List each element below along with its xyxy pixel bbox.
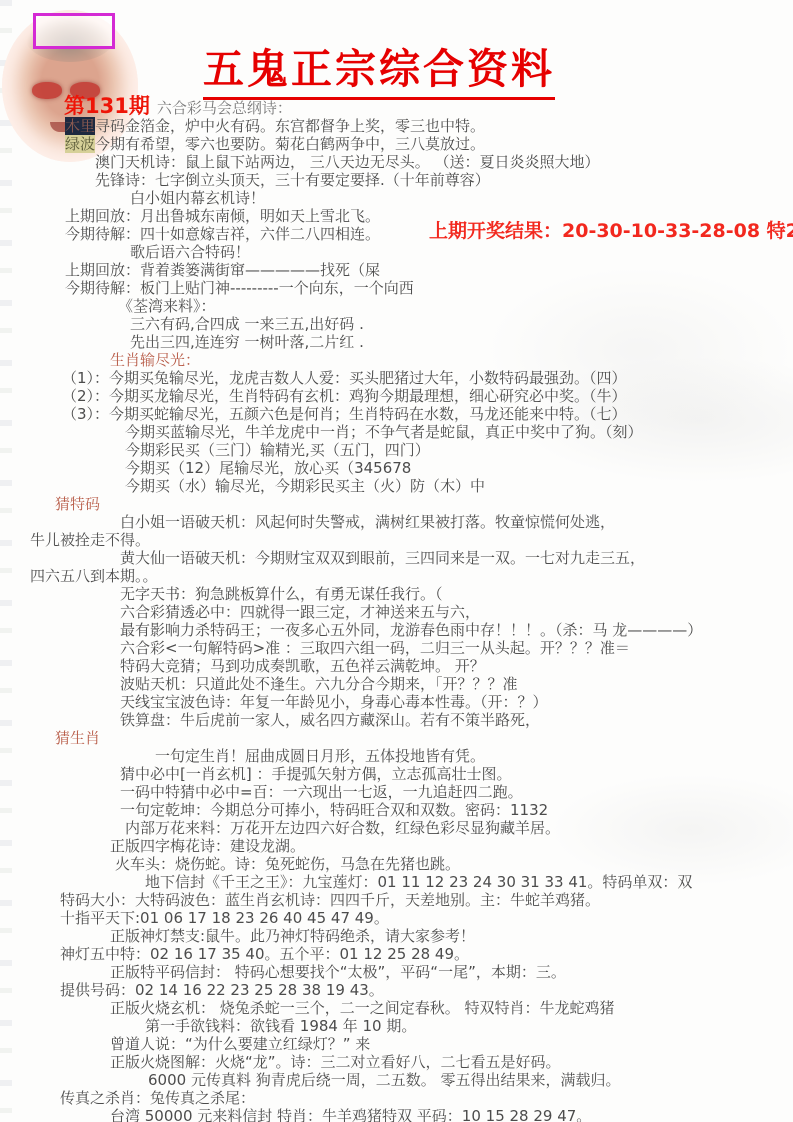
issue-number: 第131期	[64, 90, 150, 120]
text-segment: 歌后语六合特码！	[130, 243, 250, 261]
text-line: 特码大竞猜；马到功成奏凯歌，五色祥云满乾坤。 开？	[0, 657, 793, 675]
text-line: 正版火烧图解：火烧“龙”。诗：三二对立看好八，二七看五是好码。	[0, 1053, 793, 1071]
text-line: 提供号码：02 14 16 22 23 25 28 38 19 43。	[0, 981, 793, 999]
magenta-frame-rectangle	[33, 13, 115, 49]
text-segment: 今期有希望，零六也要防。菊花白鹤两争中，三八莫放过。	[95, 135, 485, 153]
sunglasses-left-lens-icon	[32, 82, 62, 99]
text-segment: 正版火烧玄机： 烧兔杀蛇一三个，二一之间定春秋。 特双特肖：牛龙蛇鸡猪	[110, 999, 615, 1017]
text-line: 澳门天机诗：鼠上鼠下站两边， 三八天边无尽头。 （送：夏日炎炎照大地）	[0, 153, 793, 171]
text-segment: （1）：今期买兔输尽光，龙虎吉数人人爱：买头肥猪过大年，小数特码最强劲。（四）	[62, 369, 627, 387]
text-segment: 神灯五中特：02 16 17 35 40。五个平：01 12 25 28 49。	[60, 945, 469, 963]
text-segment: 木里	[65, 117, 95, 135]
text-line: 传真之杀肖：兔传真之杀尾：	[0, 1089, 793, 1107]
text-segment: （3）：今期买蛇输尽光，五颜六色是何肖；生肖特码在水数，马龙还能来中特。（七）	[62, 405, 627, 423]
text-line: 今期买（水）输尽光，今期彩民买主（火）防（木）中	[0, 477, 793, 495]
text-segment: 今期买蓝输尽光，牛羊龙虎中一肖；不争气者是蛇鼠，真正中奖中了狗。（刻）	[125, 423, 643, 441]
text-line: 白小姐内幕玄机诗！	[0, 189, 793, 207]
text-segment: 6000 元传真料 狗青虎后绕一周，二五数。 零五得出结果来，满载归。	[148, 1071, 620, 1089]
text-line: 今期彩民买（三门）输精光,买（五门，四门）	[0, 441, 793, 459]
issue-row: 第131期 六合彩马会总纲诗：	[64, 90, 292, 120]
text-segment: （2）：今期买龙输尽光，生肖特码有玄机：鸡狗今期最理想，细心研究必中奖。（牛）	[62, 387, 627, 405]
text-segment: 特码大竞猜；马到功成奏凯歌，五色祥云满乾坤。 开？	[120, 657, 485, 675]
text-segment: 六合彩<一句解特码>准 ：三取四六组一码，二归三一从头起。开？？？准＝	[120, 639, 630, 657]
text-segment: 一码中特猜中必中=百：一六现出一七返，一九追赶四二跑。	[120, 783, 523, 801]
text-segment: 天线宝宝波色诗：年复一年龄见小，身毒心毒本性毒。（开：？）	[120, 693, 548, 711]
text-line: 木里寻码金箔金，炉中火有码。东宫都督争上奖，零三也中特。	[0, 117, 793, 135]
text-segment: 今期待解：四十如意嫁吉祥，六伴二八四相连。	[65, 225, 380, 243]
text-segment: 上期回放：背着粪篓满街窜—————找死（屎	[65, 261, 380, 279]
text-segment: 无字天书：狗急跳板算什么，有勇无谋任我行。（	[120, 585, 443, 603]
text-line: 黄大仙一语破天机：今期财宝双双到眼前，三四同来是一双。一七对九走三五，	[0, 549, 793, 567]
text-line: 今期买蓝输尽光，牛羊龙虎中一肖；不争气者是蛇鼠，真正中奖中了狗。（刻）	[0, 423, 793, 441]
text-line: 神灯五中特：02 16 17 35 40。五个平：01 12 25 28 49。	[0, 945, 793, 963]
text-segment: 猜特码	[55, 495, 100, 513]
text-line: 歌后语六合特码！	[0, 243, 793, 261]
text-segment: 第一手欲钱料：欲钱看 1984 年 10 期。	[145, 1017, 416, 1035]
text-segment: 生肖输尽光：	[110, 351, 200, 369]
document-lines: 木里寻码金箔金，炉中火有码。东宫都督争上奖，零三也中特。绿波今期有希望，零六也要…	[0, 117, 793, 1122]
text-segment: 最有影响力杀特码王；一夜多心五外同，龙游春色雨中存！！！。（杀：马 龙————）	[120, 621, 702, 639]
text-line: 天线宝宝波色诗：年复一年龄见小，身毒心毒本性毒。（开：？）	[0, 693, 793, 711]
text-line: （3）：今期买蛇输尽光，五颜六色是何肖；生肖特码在水数，马龙还能来中特。（七）	[0, 405, 793, 423]
text-line: 无字天书：狗急跳板算什么，有勇无谋任我行。（	[0, 585, 793, 603]
text-segment: 曾道人说：“为什么要建立红绿灯？” 来	[110, 1035, 370, 1053]
text-segment: 白小姐内幕玄机诗！	[130, 189, 265, 207]
text-segment: 上期回放：月出鲁城东南倾，明如天上雪北飞。	[65, 207, 380, 225]
text-line: 波贴天机：只道此处不逢生。六九分合今期来，「开？？？准	[0, 675, 793, 693]
text-segment: 寻码金箔金，炉中火有码。东宫都督争上奖，零三也中特。	[95, 117, 485, 135]
text-segment: 《荃湾来料》：	[118, 297, 216, 315]
text-segment: 三六有码,合四成 一来三五,出好码 .	[130, 315, 364, 333]
text-segment: 正版神灯禁支:鼠牛。此乃神灯特码绝杀，请大家参考！	[110, 927, 475, 945]
text-segment: 今期买（水）输尽光，今期彩民买主（火）防（木）中	[125, 477, 485, 495]
text-line: 《荃湾来料》：	[0, 297, 793, 315]
text-line: 正版特平码信封： 特码心想要找个“太极”，平码“一尾”，本期：三。	[0, 963, 793, 981]
text-line: 猜特码	[0, 495, 793, 513]
text-segment: 提供号码：02 14 16 22 23 25 28 38 19 43。	[60, 981, 384, 999]
text-line: 地下信封《千王之王》：九宝莲灯：01 11 12 23 24 30 31 33 …	[0, 873, 793, 891]
text-line: 最有影响力杀特码王；一夜多心五外同，龙游春色雨中存！！！。（杀：马 龙————）	[0, 621, 793, 639]
text-segment: 猜中必中[一肖玄机] ：手提弧矢射方偶，立志孤高壮士图。	[120, 765, 511, 783]
text-segment: 正版特平码信封： 特码心想要找个“太极”，平码“一尾”，本期：三。	[110, 963, 566, 981]
text-line: 猜中必中[一肖玄机] ：手提弧矢射方偶，立志孤高壮士图。	[0, 765, 793, 783]
text-segment: 铁算盘：牛后虎前一家人，威名四方藏深山。若有不策半路死，	[120, 711, 540, 729]
text-line: 今期待解：板门上贴门神---------一个向东，一个向西	[0, 279, 793, 297]
text-segment: 澳门天机诗：鼠上鼠下站两边， 三八天边无尽头。 （送：夏日炎炎照大地）	[95, 153, 600, 171]
text-segment: 猜生肖	[55, 729, 100, 747]
text-line: 火车头：烧伤蛇。诗：兔死蛇伤，马急在先猪也跳。	[0, 855, 793, 873]
text-segment: 绿波	[65, 135, 95, 153]
text-segment: 今期买（12）尾输尽光，放心买（345678	[125, 459, 411, 477]
text-line: 6000 元传真料 狗青虎后绕一周，二五数。 零五得出结果来，满载归。	[0, 1071, 793, 1089]
text-line: 内部万花来料：万花开左边四六好合数，红绿色彩尽显狗藏羊居。	[0, 819, 793, 837]
text-segment: 十指平天下:01 06 17 18 23 26 40 45 47 49。	[60, 909, 389, 927]
text-segment: 今期彩民买（三门）输精光,买（五门，四门）	[125, 441, 430, 459]
text-line: 绿波今期有希望，零六也要防。菊花白鹤两争中，三八莫放过。	[0, 135, 793, 153]
text-segment: 六合彩猜透必中：四就得一跟三定，才神送来五与六，	[120, 603, 480, 621]
text-segment: 地下信封《千王之王》：九宝莲灯：01 11 12 23 24 30 31 33 …	[145, 873, 692, 891]
text-line: 正版火烧玄机： 烧兔杀蛇一三个，二一之间定春秋。 特双特肖：牛龙蛇鸡猪	[0, 999, 793, 1017]
text-segment: 传真之杀肖：兔传真之杀尾：	[60, 1089, 255, 1107]
text-segment: 先出三四,连连穷 一树叶落,二片红 .	[130, 333, 364, 351]
text-line: 特码大小：大特码波色：蓝生肖玄机诗：四四千斤，天差地别。主：牛蛇羊鸡猪。	[0, 891, 793, 909]
text-line: 白小姐一语破天机：风起何时失警戒，满树红果被打落。牧童惊慌何处逃，	[0, 513, 793, 531]
text-line: 六合彩猜透必中：四就得一跟三定，才神送来五与六，	[0, 603, 793, 621]
text-line: 曾道人说：“为什么要建立红绿灯？” 来	[0, 1035, 793, 1053]
text-segment: 特码大小：大特码波色：蓝生肖玄机诗：四四千斤，天差地别。主：牛蛇羊鸡猪。	[60, 891, 600, 909]
text-segment: 正版四字梅花诗：建设龙湖。	[110, 837, 305, 855]
text-segment: 一句定生肖！屈曲成圆日月形，五体投地皆有凭。	[155, 747, 485, 765]
text-line: 正版四字梅花诗：建设龙湖。	[0, 837, 793, 855]
text-line: 一句定生肖！屈曲成圆日月形，五体投地皆有凭。	[0, 747, 793, 765]
text-line: 第一手欲钱料：欲钱看 1984 年 10 期。	[0, 1017, 793, 1035]
text-line: 先锋诗：七字倒立头顶天，三十有要定要择.（十年前尊容）	[0, 171, 793, 189]
text-line: 上期回放：月出鲁城东南倾，明如天上雪北飞。	[0, 207, 793, 225]
text-line: 十指平天下:01 06 17 18 23 26 40 45 47 49。	[0, 909, 793, 927]
text-segment: 内部万花来料：万花开左边四六好合数，红绿色彩尽显狗藏羊居。	[125, 819, 560, 837]
text-segment: 正版火烧图解：火烧“龙”。诗：三二对立看好八，二七看五是好码。	[110, 1053, 561, 1071]
text-line: 猜生肖	[0, 729, 793, 747]
text-line: 铁算盘：牛后虎前一家人，威名四方藏深山。若有不策半路死，	[0, 711, 793, 729]
text-segment: 波贴天机：只道此处不逢生。六九分合今期来，「开？？？准	[120, 675, 518, 693]
text-segment: 台湾 50000 元来料信封 特肖：牛羊鸡猪特双 平码：10 15 28 29 …	[110, 1107, 591, 1122]
text-line: 上期回放：背着粪篓满街窜—————找死（屎	[0, 261, 793, 279]
text-segment: 牛儿被拴走不得。	[30, 531, 150, 549]
text-segment: 黄大仙一语破天机：今期财宝双双到眼前，三四同来是一双。一七对九走三五，	[120, 549, 645, 567]
text-line: 三六有码,合四成 一来三五,出好码 .	[0, 315, 793, 333]
text-line: 今期买（12）尾输尽光，放心买（345678	[0, 459, 793, 477]
text-line: 台湾 50000 元来料信封 特肖：牛羊鸡猪特双 平码：10 15 28 29 …	[0, 1107, 793, 1122]
text-line: 今期待解：四十如意嫁吉祥，六伴二八四相连。	[0, 225, 793, 243]
text-segment: 白小姐一语破天机：风起何时失警戒，满树红果被打落。牧童惊慌何处逃，	[120, 513, 615, 531]
text-line: 六合彩<一句解特码>准 ：三取四六组一码，二归三一从头起。开？？？准＝	[0, 639, 793, 657]
text-line: 生肖输尽光：	[0, 351, 793, 369]
text-line: （2）：今期买龙输尽光，生肖特码有玄机：鸡狗今期最理想，细心研究必中奖。（牛）	[0, 387, 793, 405]
text-line: 一句定乾坤：今期总分可捧小，特码旺合双和双数。密码：1132	[0, 801, 793, 819]
text-line: 一码中特猜中必中=百：一六现出一七返，一九追赶四二跑。	[0, 783, 793, 801]
text-line: （1）：今期买兔输尽光，龙虎吉数人人爱：买头肥猪过大年，小数特码最强劲。（四）	[0, 369, 793, 387]
text-segment: 火车头：烧伤蛇。诗：兔死蛇伤，马急在先猪也跳。	[115, 855, 460, 873]
text-segment: 四六五八到本期。。	[30, 567, 158, 585]
text-line: 四六五八到本期。。	[0, 567, 793, 585]
text-segment: 先锋诗：七字倒立头顶天，三十有要定要择.（十年前尊容）	[95, 171, 490, 189]
text-segment: 今期待解：板门上贴门神---------一个向东，一个向西	[65, 279, 414, 297]
text-line: 先出三四,连连穷 一树叶落,二片红 .	[0, 333, 793, 351]
text-line: 正版神灯禁支:鼠牛。此乃神灯特码绝杀，请大家参考！	[0, 927, 793, 945]
text-line: 牛儿被拴走不得。	[0, 531, 793, 549]
text-segment: 一句定乾坤：今期总分可捧小，特码旺合双和双数。密码：1132	[120, 801, 548, 819]
